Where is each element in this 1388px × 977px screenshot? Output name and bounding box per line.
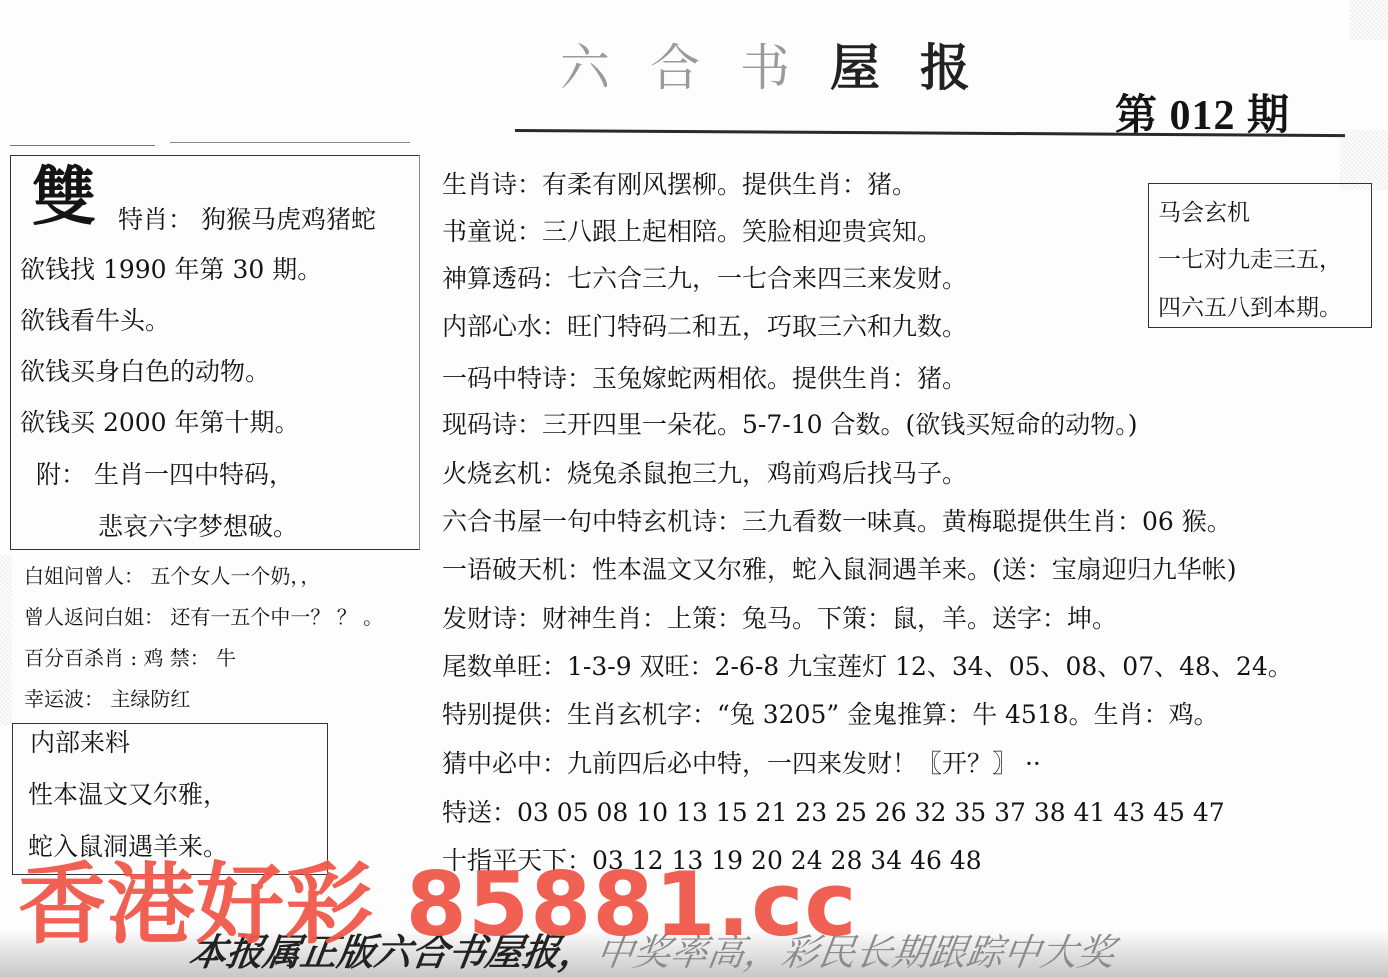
masthead-char: 书 [720,28,810,100]
riddle-line: 欲钱看牛头。 [20,306,170,336]
special-numbers-line: 特送：03 05 08 10 13 15 21 23 25 26 32 35 3… [442,798,1225,828]
inside-box-title: 内部来料 [30,728,130,758]
riddle-line: 附： 生肖一四中特码， [36,460,294,490]
main-line: 现码诗：三开四里一朵花。5-7-10 合数。(欲钱买短命的动物。) [442,410,1137,440]
riddle-line: 欲钱找 1990 年第 30 期。 [20,255,322,285]
note-line: 百分百杀肖 : 鸡 禁： 牛 [24,645,236,671]
main-line: 神算透码：七六合三九，一七合来四三来发财。 [442,264,967,294]
scan-noise [0,555,12,725]
header-rule-left [10,145,155,146]
masthead-title: 六 合 书 屋 报 [540,28,990,100]
mahui-line: 一七对九走三五， [1158,245,1342,275]
header-rule-left [170,142,410,143]
riddle-line: 悲哀六字梦想破。 [98,512,298,542]
main-line: 书童说：三八跟上起相陪。笑脸相迎贵宾知。 [442,217,942,247]
main-line: 六合书屋一句中特玄机诗：三九看数一味真。黄梅聪提供生肖：06 猴。 [442,507,1232,537]
main-line: 火烧玄机：烧兔杀鼠抱三九，鸡前鸡后找马子。 [442,459,967,489]
big-character: 雙 [32,158,96,238]
masthead-char: 报 [900,28,990,100]
main-line: 特别提供：生肖玄机字：“兔 3205” 金鬼推算：牛 4518。生肖：鸡。 [442,700,1219,730]
riddle-line: 欲钱买身白色的动物。 [20,357,270,387]
main-line: 猜中必中：九前四后必中特，一四来发财！〖开？〗 ·· [442,749,1041,779]
main-line: 一语破天机：性本温文又尔雅，蛇入鼠洞遇羊来。(送：宝扇迎归九华帐) [442,555,1237,585]
note-line: 幸运波： 主绿防红 [24,686,190,712]
masthead-char: 六 [540,28,630,100]
main-line: 发财诗：财神生肖：上策：兔马。下策：鼠，羊。送字：坤。 [442,604,1117,634]
main-line: 内部心水：旺门特码二和五，巧取三六和九数。 [442,312,967,342]
main-line: 尾数单旺：1-3-9 双旺：2-6-8 九宝莲灯 12、34、05、08、07、… [442,652,1293,682]
watermark: 香港好彩 85881.cc [18,855,858,955]
scan-noise [1350,0,1388,40]
special-zodiac: 特肖： 狗猴马虎鸡猪蛇 [118,205,376,235]
mahui-title: 马会玄机 [1158,198,1250,228]
note-line: 白姐问曾人： 五个女人一个奶，， [24,563,320,589]
main-line: 生肖诗：有柔有刚风摆柳。提供生肖：猪。 [442,170,917,200]
main-line: 一码中特诗：玉兔嫁蛇两相依。提供生肖：猪。 [442,364,967,394]
mahui-line: 四六五八到本期。 [1158,293,1342,323]
masthead-char: 屋 [810,28,900,100]
inside-box-line: 性本温文又尔雅， [28,780,228,810]
scan-noise [1340,130,1388,190]
masthead-char: 合 [630,28,720,100]
riddle-line: 欲钱买 2000 年第十期。 [20,408,300,438]
note-line: 曾人返问白姐： 还有一五个中一？ ？ 。 [24,604,383,630]
